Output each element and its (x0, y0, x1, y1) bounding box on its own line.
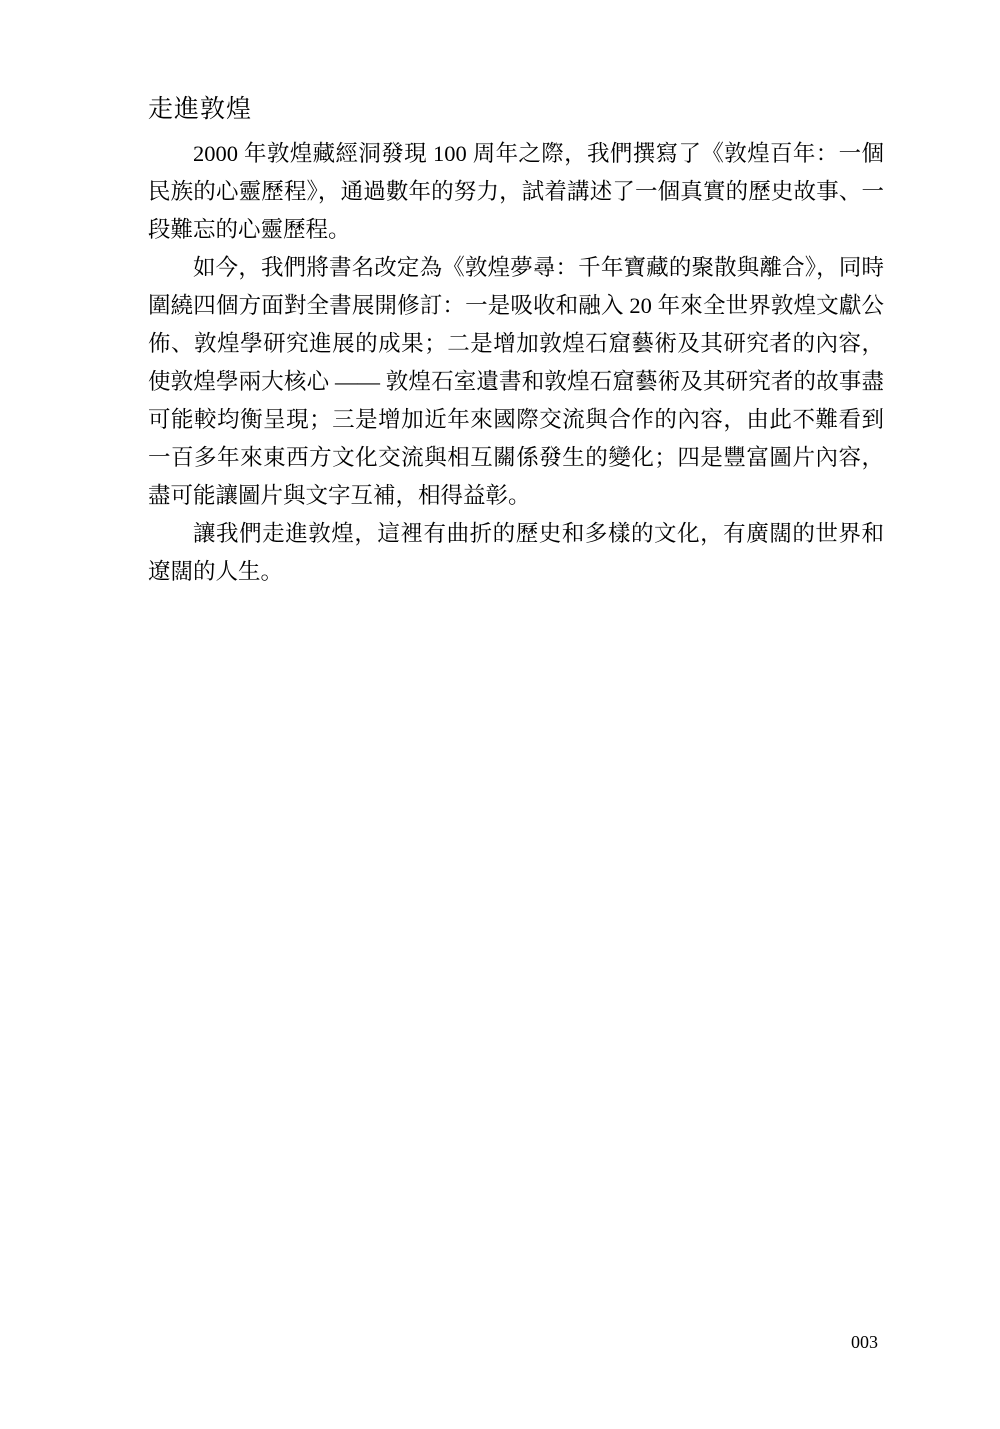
body-paragraph: 如今，我們將書名改定為《敦煌夢尋：千年寶藏的聚散與離合》，同時圍繞四個方面對全書… (148, 249, 884, 515)
body-paragraph: 讓我們走進敦煌，這裡有曲折的歷史和多樣的文化，有廣闊的世界和遼闊的人生。 (148, 515, 884, 591)
page-title: 走進敦煌 (148, 90, 884, 130)
text-block: 走進敦煌 2000 年敦煌藏經洞發現 100 周年之際，我們撰寫了《敦煌百年：一… (148, 90, 884, 591)
page-number: 003 (851, 1331, 878, 1353)
body-paragraph: 2000 年敦煌藏經洞發現 100 周年之際，我們撰寫了《敦煌百年：一個民族的心… (148, 135, 884, 249)
document-page: 走進敦煌 2000 年敦煌藏經洞發現 100 周年之際，我們撰寫了《敦煌百年：一… (0, 0, 1000, 1429)
